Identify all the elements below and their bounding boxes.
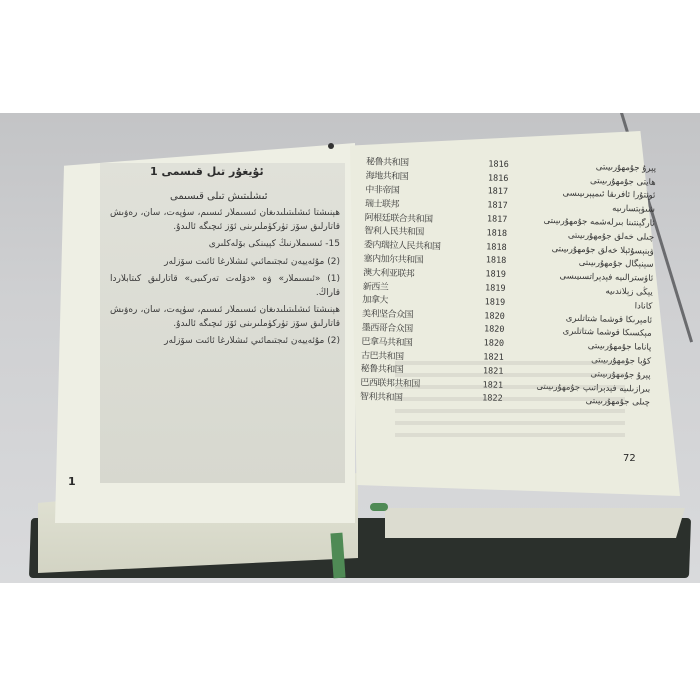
paragraph: (1) «ئىسىملار» ۋە «دۆلەت تەركىبى» قاتارل… bbox=[110, 273, 340, 300]
page-edges-right bbox=[385, 508, 685, 538]
paragraph: ھېنىشتا ئىشلىتىلىدىغان ئىسىملار ئىسىم، س… bbox=[110, 304, 340, 331]
right-page-number: 72 bbox=[623, 453, 636, 464]
left-page-heading: ئۇيغۇر تىل قىسمى 1 bbox=[150, 165, 264, 178]
paragraph: (2) مۇئەييەن ئىجتىمائىي ئىشلارغا ئائىت س… bbox=[110, 256, 340, 270]
left-page-number: 1 bbox=[68, 475, 76, 488]
paragraph: ھېنىشتا ئىشلىتىلىدىغان ئىسىملار ئىسىم، س… bbox=[110, 207, 340, 234]
binding-dot bbox=[328, 143, 334, 149]
paragraph: (2) مۇئەييەن ئىجتىمائىي ئىشلارغا ئائىت س… bbox=[110, 335, 340, 349]
left-page-subheading: ئىشلىتىش تىلى قىسىمى bbox=[170, 191, 268, 202]
left-page-body: ھېنىشتا ئىشلىتىلىدىغان ئىسىملار ئىسىم، س… bbox=[110, 207, 340, 353]
faded-text-area bbox=[395, 361, 625, 441]
book-photo: ئۇيغۇر تىل قىسمى 1 ئىشلىتىش تىلى قىسىمى … bbox=[0, 113, 700, 583]
bookmark-ribbon-2 bbox=[370, 503, 388, 511]
paragraph: 15- ئىسىملارنىڭ كېيىنكى بۆلەكلىرى bbox=[110, 238, 340, 252]
